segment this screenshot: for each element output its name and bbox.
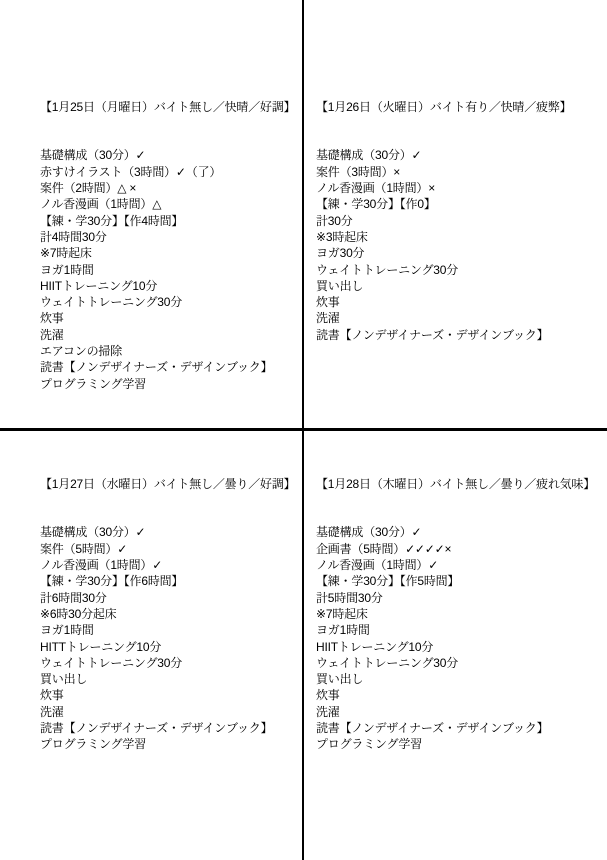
- journal-line: 洗濯: [316, 704, 602, 720]
- journal-line: 炊事: [316, 294, 602, 310]
- journal-line: 案件（2時間）△ ×: [40, 180, 298, 196]
- journal-line: 基礎構成（30分）✓: [316, 147, 602, 163]
- journal-line: 基礎構成（30分）✓: [40, 524, 298, 540]
- journal-line: HIITトレーニング10分: [40, 278, 298, 294]
- journal-line: 洗濯: [316, 310, 602, 326]
- journal-line: 【練・学30分】【作6時間】: [40, 573, 298, 589]
- journal-entry-jan27: 【1月27日（水曜日）バイト無し／曇り／好調】 基礎構成（30分）✓案件（5時間…: [40, 443, 298, 785]
- journal-line: ウェイトトレーニング30分: [316, 655, 602, 671]
- journal-line: 【練・学30分】【作4時間】: [40, 213, 298, 229]
- journal-line: プログラミング学習: [40, 376, 298, 392]
- journal-line: 読書【ノンデザイナーズ・デザインブック】: [316, 720, 602, 736]
- entry-date-header: 【1月28日（木曜日）バイト無し／曇り／疲れ気味】: [316, 476, 602, 492]
- journal-line: 企画書（5時間）✓✓✓✓×: [316, 541, 602, 557]
- journal-line: 計4時間30分: [40, 229, 298, 245]
- journal-line: ※7時起床: [40, 245, 298, 261]
- journal-line: 洗濯: [40, 327, 298, 343]
- journal-line: ヨガ1時間: [40, 262, 298, 278]
- journal-line: 洗濯: [40, 704, 298, 720]
- journal-line: ノル香漫画（1時間）△: [40, 196, 298, 212]
- journal-line: 【練・学30分】【作0】: [316, 196, 602, 212]
- entry-lines: 基礎構成（30分）✓赤すけイラスト（3時間）✓（了）案件（2時間）△ ×ノル香漫…: [40, 147, 298, 391]
- journal-line: 計5時間30分: [316, 590, 602, 606]
- journal-line: ノル香漫画（1時間）✓: [316, 557, 602, 573]
- journal-line: 赤すけイラスト（3時間）✓（了）: [40, 164, 298, 180]
- journal-line: 読書【ノンデザイナーズ・デザインブック】: [316, 327, 602, 343]
- journal-line: 買い出し: [316, 671, 602, 687]
- entry-date-header: 【1月25日（月曜日）バイト無し／快晴／好調】: [40, 99, 298, 115]
- horizontal-divider: [0, 428, 607, 431]
- journal-line: 買い出し: [316, 278, 602, 294]
- journal-line: プログラミング学習: [40, 736, 298, 752]
- journal-line: 案件（3時間）×: [316, 164, 602, 180]
- journal-page: 【1月25日（月曜日）バイト無し／快晴／好調】 基礎構成（30分）✓赤すけイラス…: [0, 0, 607, 860]
- journal-line: ※7時起床: [316, 606, 602, 622]
- journal-line: 炊事: [40, 310, 298, 326]
- journal-line: 基礎構成（30分）✓: [316, 524, 602, 540]
- journal-entry-jan25: 【1月25日（月曜日）バイト無し／快晴／好調】 基礎構成（30分）✓赤すけイラス…: [40, 66, 298, 425]
- entry-date-header: 【1月26日（火曜日）バイト有り／快晴／疲弊】: [316, 99, 602, 115]
- journal-line: 案件（5時間）✓: [40, 541, 298, 557]
- entry-lines: 基礎構成（30分）✓案件（5時間）✓ノル香漫画（1時間）✓【練・学30分】【作6…: [40, 524, 298, 752]
- entry-date-header: 【1月27日（水曜日）バイト無し／曇り／好調】: [40, 476, 298, 492]
- entry-lines: 基礎構成（30分）✓案件（3時間）×ノル香漫画（1時間）×【練・学30分】【作0…: [316, 147, 602, 343]
- journal-line: ※3時起床: [316, 229, 602, 245]
- journal-line: 計6時間30分: [40, 590, 298, 606]
- journal-entry-jan28: 【1月28日（木曜日）バイト無し／曇り／疲れ気味】 基礎構成（30分）✓企画書（…: [316, 443, 602, 785]
- journal-line: エアコンの掃除: [40, 343, 298, 359]
- journal-line: ヨガ1時間: [316, 622, 602, 638]
- journal-line: ウェイトトレーニング30分: [316, 262, 602, 278]
- journal-line: ノル香漫画（1時間）×: [316, 180, 602, 196]
- journal-line: 基礎構成（30分）✓: [40, 147, 298, 163]
- journal-line: 【練・学30分】【作5時間】: [316, 573, 602, 589]
- journal-line: ヨガ30分: [316, 245, 602, 261]
- journal-line: ヨガ1時間: [40, 622, 298, 638]
- journal-line: ウェイトトレーニング30分: [40, 294, 298, 310]
- journal-line: 計30分: [316, 213, 602, 229]
- journal-line: 読書【ノンデザイナーズ・デザインブック】: [40, 359, 298, 375]
- journal-line: HIITトレーニング10分: [316, 639, 602, 655]
- journal-line: 炊事: [316, 687, 602, 703]
- journal-line: ※6時30分起床: [40, 606, 298, 622]
- journal-line: HITTトレーニング10分: [40, 639, 298, 655]
- journal-line: 炊事: [40, 687, 298, 703]
- journal-line: ウェイトトレーニング30分: [40, 655, 298, 671]
- journal-entry-jan26: 【1月26日（火曜日）バイト有り／快晴／疲弊】 基礎構成（30分）✓案件（3時間…: [316, 66, 602, 376]
- journal-line: プログラミング学習: [316, 736, 602, 752]
- journal-line: 読書【ノンデザイナーズ・デザインブック】: [40, 720, 298, 736]
- journal-line: 買い出し: [40, 671, 298, 687]
- entry-lines: 基礎構成（30分）✓企画書（5時間）✓✓✓✓×ノル香漫画（1時間）✓【練・学30…: [316, 524, 602, 752]
- journal-line: ノル香漫画（1時間）✓: [40, 557, 298, 573]
